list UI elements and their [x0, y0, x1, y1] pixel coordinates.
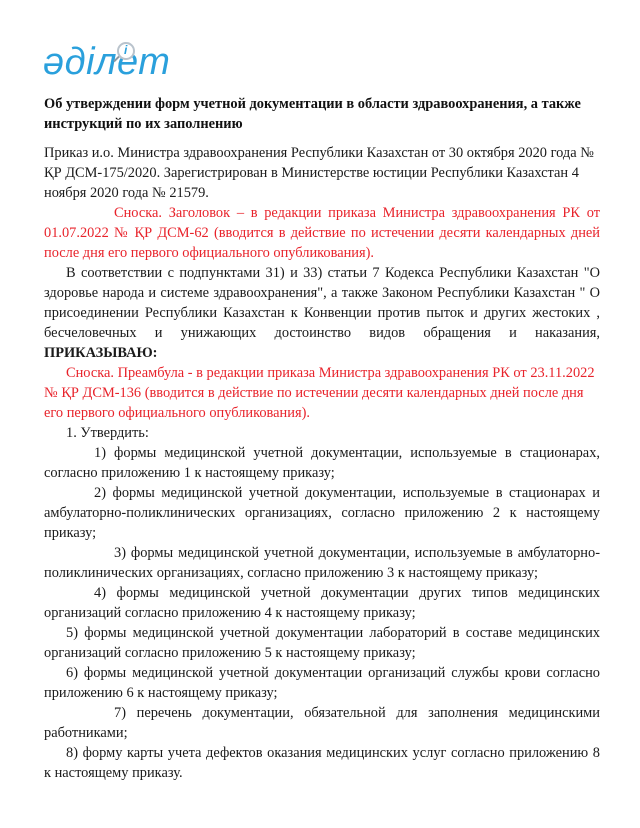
adilet-logo[interactable]: әділет i [43, 38, 183, 86]
subitem-2: 2) формы медицинской учетной документаци… [44, 483, 600, 543]
info-letter-icon: i [124, 43, 127, 57]
document-title: Об утверждении форм учетной документации… [44, 94, 600, 134]
footnote-preamble-amendment: Сноска. Преамбула - в редакции приказа М… [44, 363, 600, 423]
order-info: Приказ и.о. Министра здравоохранения Рес… [44, 143, 600, 203]
subitem-7: 7) перечень документации, обязательной д… [44, 703, 600, 743]
preamble: В соответствии с подпунктами 31) и 33) с… [44, 263, 600, 363]
footnote-title-amendment: Сноска. Заголовок – в редакции приказа М… [44, 203, 600, 263]
subitem-3: 3) формы медицинской учетной документаци… [44, 543, 600, 583]
subitem-8: 8) форму карты учета дефектов оказания м… [44, 743, 600, 783]
subitem-6: 6) формы медицинской учетной документаци… [44, 663, 600, 703]
subitem-5: 5) формы медицинской учетной документаци… [44, 623, 600, 663]
magnifier-icon: i [117, 42, 135, 60]
order-word: ПРИКАЗЫВАЮ: [44, 345, 157, 361]
logo-text: әділет [43, 38, 170, 86]
preamble-text: В соответствии с подпунктами 31) и 33) с… [44, 265, 600, 341]
document-body: Приказ и.о. Министра здравоохранения Рес… [44, 143, 600, 783]
subitem-4: 4) формы медицинской учетной документаци… [44, 583, 600, 623]
subitem-1: 1) формы медицинской учетной документаци… [44, 443, 600, 483]
item-1: 1. Утвердить: [44, 423, 600, 443]
